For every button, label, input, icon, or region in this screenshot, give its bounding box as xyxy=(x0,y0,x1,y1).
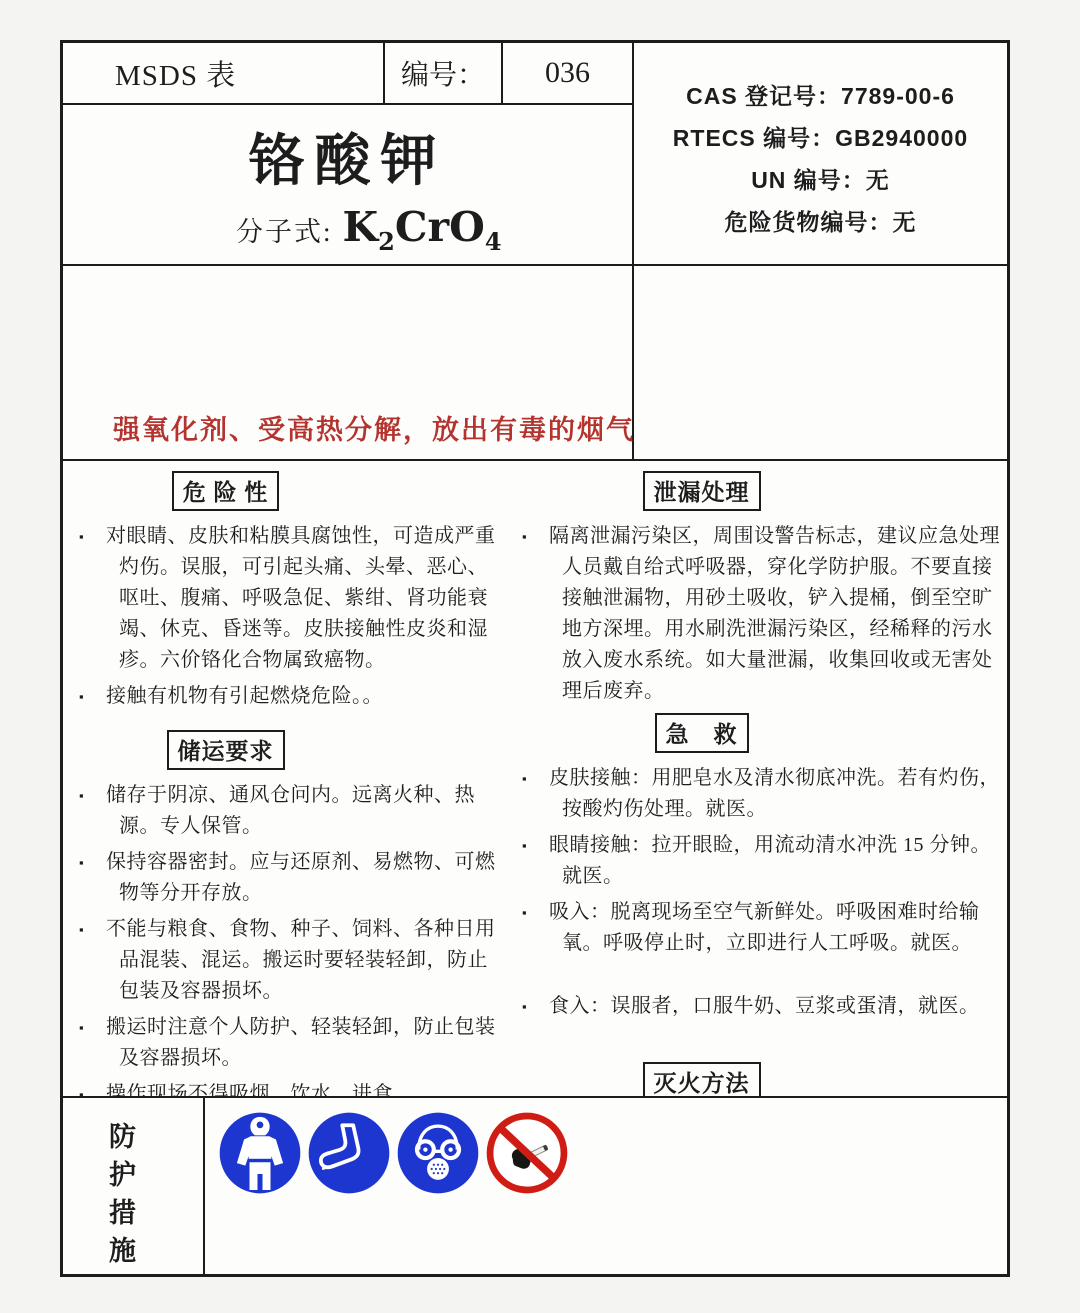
protective-clothing-icon xyxy=(218,1111,302,1195)
left-column: 危 险 性 对眼睛、皮肤和粘膜具腐蚀性，可造成严重灼伤。误服，可引起头痛、头晕、… xyxy=(63,469,506,1096)
protective-boots-icon xyxy=(307,1111,391,1195)
chemical-identity-row: 铬酸钾 分子式: K2CrO4 xyxy=(63,105,632,266)
list-item: 吸入：脱离现场至空气新鲜处。呼吸困难时给输氧。呼吸停止时，立即进行人工呼吸。就医… xyxy=(506,897,1007,959)
list-item: 保持容器密封。应与还原剂、易燃物、可燃物等分开存放。 xyxy=(63,847,506,909)
section-title-first-aid: 急 救 xyxy=(655,713,749,753)
doc-number-value: 036 xyxy=(503,43,632,103)
section-title-leak: 泄漏处理 xyxy=(643,471,761,511)
no-smoking-icon xyxy=(485,1111,569,1195)
protection-icons xyxy=(205,1098,569,1274)
molecular-formula: 分子式: K2CrO4 xyxy=(236,203,502,256)
section-title-hazard: 危 险 性 xyxy=(172,471,280,511)
hazard-warning-text: 强氧化剂、受高热分解，放出有毒的烟气 xyxy=(113,408,635,447)
leak-list: 隔离泄漏污染区，周围设警告标志，建议应急处理人员戴自给式呼吸器，穿化学防护服。不… xyxy=(506,521,1007,707)
warning-cell: 强氧化剂、受高热分解，放出有毒的烟气 xyxy=(63,266,632,459)
msds-title: MSDS 表 xyxy=(63,43,383,103)
list-item: 储存于阴凉、通风仓问内。远离火种、热源。专人保管。 xyxy=(63,780,506,842)
hazard-section-header: 危 险 性 xyxy=(63,471,506,511)
section-title-fire: 灭火方法 xyxy=(643,1062,761,1096)
hazard-list: 对眼睛、皮肤和粘膜具腐蚀性，可造成严重灼伤。误服，可引起头痛、头晕、恶心、呕吐、… xyxy=(63,521,506,712)
first-aid-list: 皮肤接触：用肥皂水及清水彻底冲洗。若有灼伤，按酸灼伤处理。就医。 眼睛接触：拉开… xyxy=(506,763,1007,1022)
leak-section-header: 泄漏处理 xyxy=(506,471,1007,511)
un-number-line: UN 编号：无 xyxy=(751,162,890,195)
list-item: 操作现场不得吸烟、饮水、进食。 xyxy=(63,1079,506,1096)
list-item: 眼睛接触：拉开眼睑，用流动清水冲洗 15 分钟。就医。 xyxy=(506,830,1007,892)
storage-section-header: 储运要求 xyxy=(63,730,506,770)
formula-label: 分子式: xyxy=(236,210,333,249)
top-block: MSDS 表 编号： 036 铬酸钾 分子式: K2CrO4 强氧化剂、受高热分… xyxy=(63,43,1007,461)
list-item: 隔离泄漏污染区，周围设警告标志，建议应急处理人员戴自给式呼吸器，穿化学防护服。不… xyxy=(506,521,1007,707)
dangerous-goods-number-line: 危险货物编号：无 xyxy=(725,204,917,237)
fire-section-header: 灭火方法 xyxy=(506,1062,1007,1096)
gas-mask-icon xyxy=(396,1111,480,1195)
rtecs-number-line: RTECS 编号：GB2940000 xyxy=(673,120,968,153)
msds-sheet: MSDS 表 编号： 036 铬酸钾 分子式: K2CrO4 强氧化剂、受高热分… xyxy=(60,40,1010,1277)
top-left-block: MSDS 表 编号： 036 铬酸钾 分子式: K2CrO4 强氧化剂、受高热分… xyxy=(63,43,634,459)
cas-number-line: CAS 登记号：7789-00-6 xyxy=(686,78,955,111)
body-section: 危 险 性 对眼睛、皮肤和粘膜具腐蚀性，可造成严重灼伤。误服，可引起头痛、头晕、… xyxy=(63,461,1007,1098)
storage-list: 储存于阴凉、通风仓问内。远离火种、热源。专人保管。 保持容器密封。应与还原剂、易… xyxy=(63,780,506,1096)
right-column: 泄漏处理 隔离泄漏污染区，周围设警告标志，建议应急处理人员戴自给式呼吸器，穿化学… xyxy=(506,469,1007,1096)
chemical-name: 铬酸钾 xyxy=(63,117,632,197)
top-right-block: CAS 登记号：7789-00-6 RTECS 编号：GB2940000 UN … xyxy=(634,43,1007,459)
section-title-storage: 储运要求 xyxy=(167,730,285,770)
list-item: 皮肤接触：用肥皂水及清水彻底冲洗。若有灼伤，按酸灼伤处理。就医。 xyxy=(506,763,1007,825)
registry-info-cell: CAS 登记号：7789-00-6 RTECS 编号：GB2940000 UN … xyxy=(634,43,1007,266)
first-aid-section-header: 急 救 xyxy=(506,713,1007,753)
protection-label: 防护措施 xyxy=(101,1122,140,1274)
list-item: 对眼睛、皮肤和粘膜具腐蚀性，可造成严重灼伤。误服，可引起头痛、头晕、恶心、呕吐、… xyxy=(63,521,506,676)
empty-cell xyxy=(634,266,1007,459)
header-row: MSDS 表 编号： 036 xyxy=(63,43,632,105)
protection-label-cell: 防护措施 xyxy=(63,1098,205,1274)
list-item: 食入：误服者，口服牛奶、豆浆或蛋清，就医。 xyxy=(506,991,1007,1022)
list-item: 接触有机物有引起燃烧危险。。 xyxy=(63,681,506,712)
list-item: 搬运时注意个人防护、轻装轻卸，防止包装及容器损坏。 xyxy=(63,1012,506,1074)
formula-value: K2CrO4 xyxy=(343,203,502,256)
list-item: 不能与粮食、食物、种子、饲料、各种日用品混装、混运。搬运时要轻装轻卸，防止包装及… xyxy=(63,914,506,1007)
doc-number-label: 编号： xyxy=(383,43,503,103)
protection-row: 防护措施 xyxy=(63,1098,1007,1274)
